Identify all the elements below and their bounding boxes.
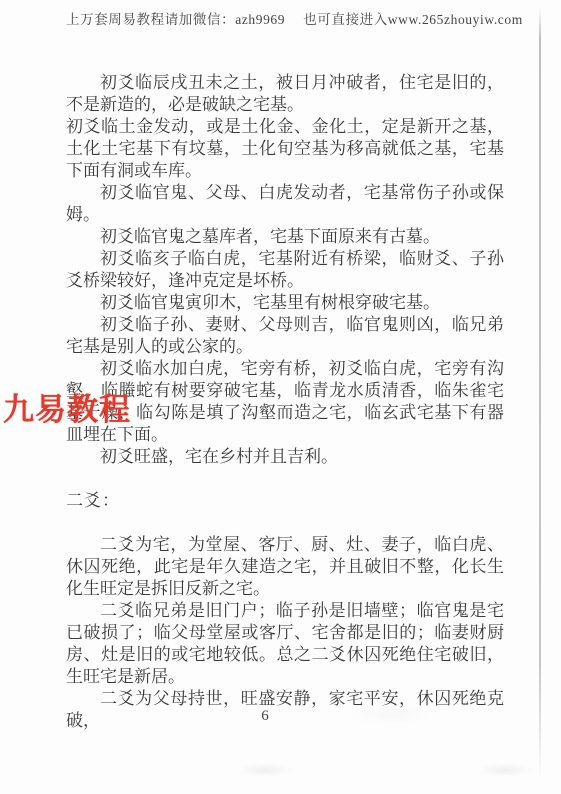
body-paragraph: 二爻为宅，为堂屋、客厅、厨、灶、妻子，临白虎、休囚死绝，此宅是年久建造之宅，并且… [66,534,504,600]
body-paragraph: 初爻临水加白虎，宅旁有桥，初爻临白虎，宅旁有沟壑，临螣蛇有树要穿破宅基，临青龙水… [66,358,504,446]
body-paragraph: 初爻临土金发动，或是土化金、金化土，定是新开之基，土化土宅基下有坟墓，土化旬空基… [66,116,504,182]
body-paragraph: 二爻为父母持世，旺盛安静，家宅平安，休囚死绝克破， [66,688,504,732]
body-paragraph: 初爻旺盛，宅在乡村并且吉利。 [66,446,504,468]
body-paragraph: 初爻临亥子临白虎，宅基附近有桥梁，临财爻、子孙爻桥梁较好，逢冲克定是坏桥。 [66,248,504,292]
body-paragraph: 初爻临官鬼寅卯木，宅基里有树根穿破宅基。 [66,292,504,314]
page-number: 6 [245,708,285,725]
body-paragraph: 二爻临兄弟是旧门户；临子孙是旧墙壁；临官鬼是宅已破损了；临父母堂屋或客厅、宅舍都… [66,600,504,688]
scanned-document-page: 上万套周易教程请加微信：azh9969 也可直接进入www.265zhouyiw… [0,0,561,794]
header-promo-note: 上万套周易教程请加微信：azh9969 也可直接进入www.265zhouyiw… [66,8,526,28]
document-body: 初爻临辰戌丑未之土，被日月冲破者，住宅是旧的，不是新造的，必是破缺之宅基。 初爻… [66,72,504,732]
body-paragraph: 初爻临辰戌丑未之土，被日月冲破者，住宅是旧的，不是新造的，必是破缺之宅基。 [66,72,504,116]
body-paragraph: 初爻临子孙、妻财、父母则吉，临官鬼则凶，临兄弟宅基是别人的或公家的。 [66,314,504,358]
scan-edge-line [539,8,541,780]
body-paragraph: 初爻临官鬼、父母、白虎发动者，宅基常伤子孙或保姆。 [66,182,504,226]
red-watermark-logo: 九易教程 [3,384,131,429]
body-paragraph: 初爻临官鬼之墓库者，宅基下面原来有古墓。 [66,226,504,248]
section-heading-eryao: 二爻： [66,490,504,512]
